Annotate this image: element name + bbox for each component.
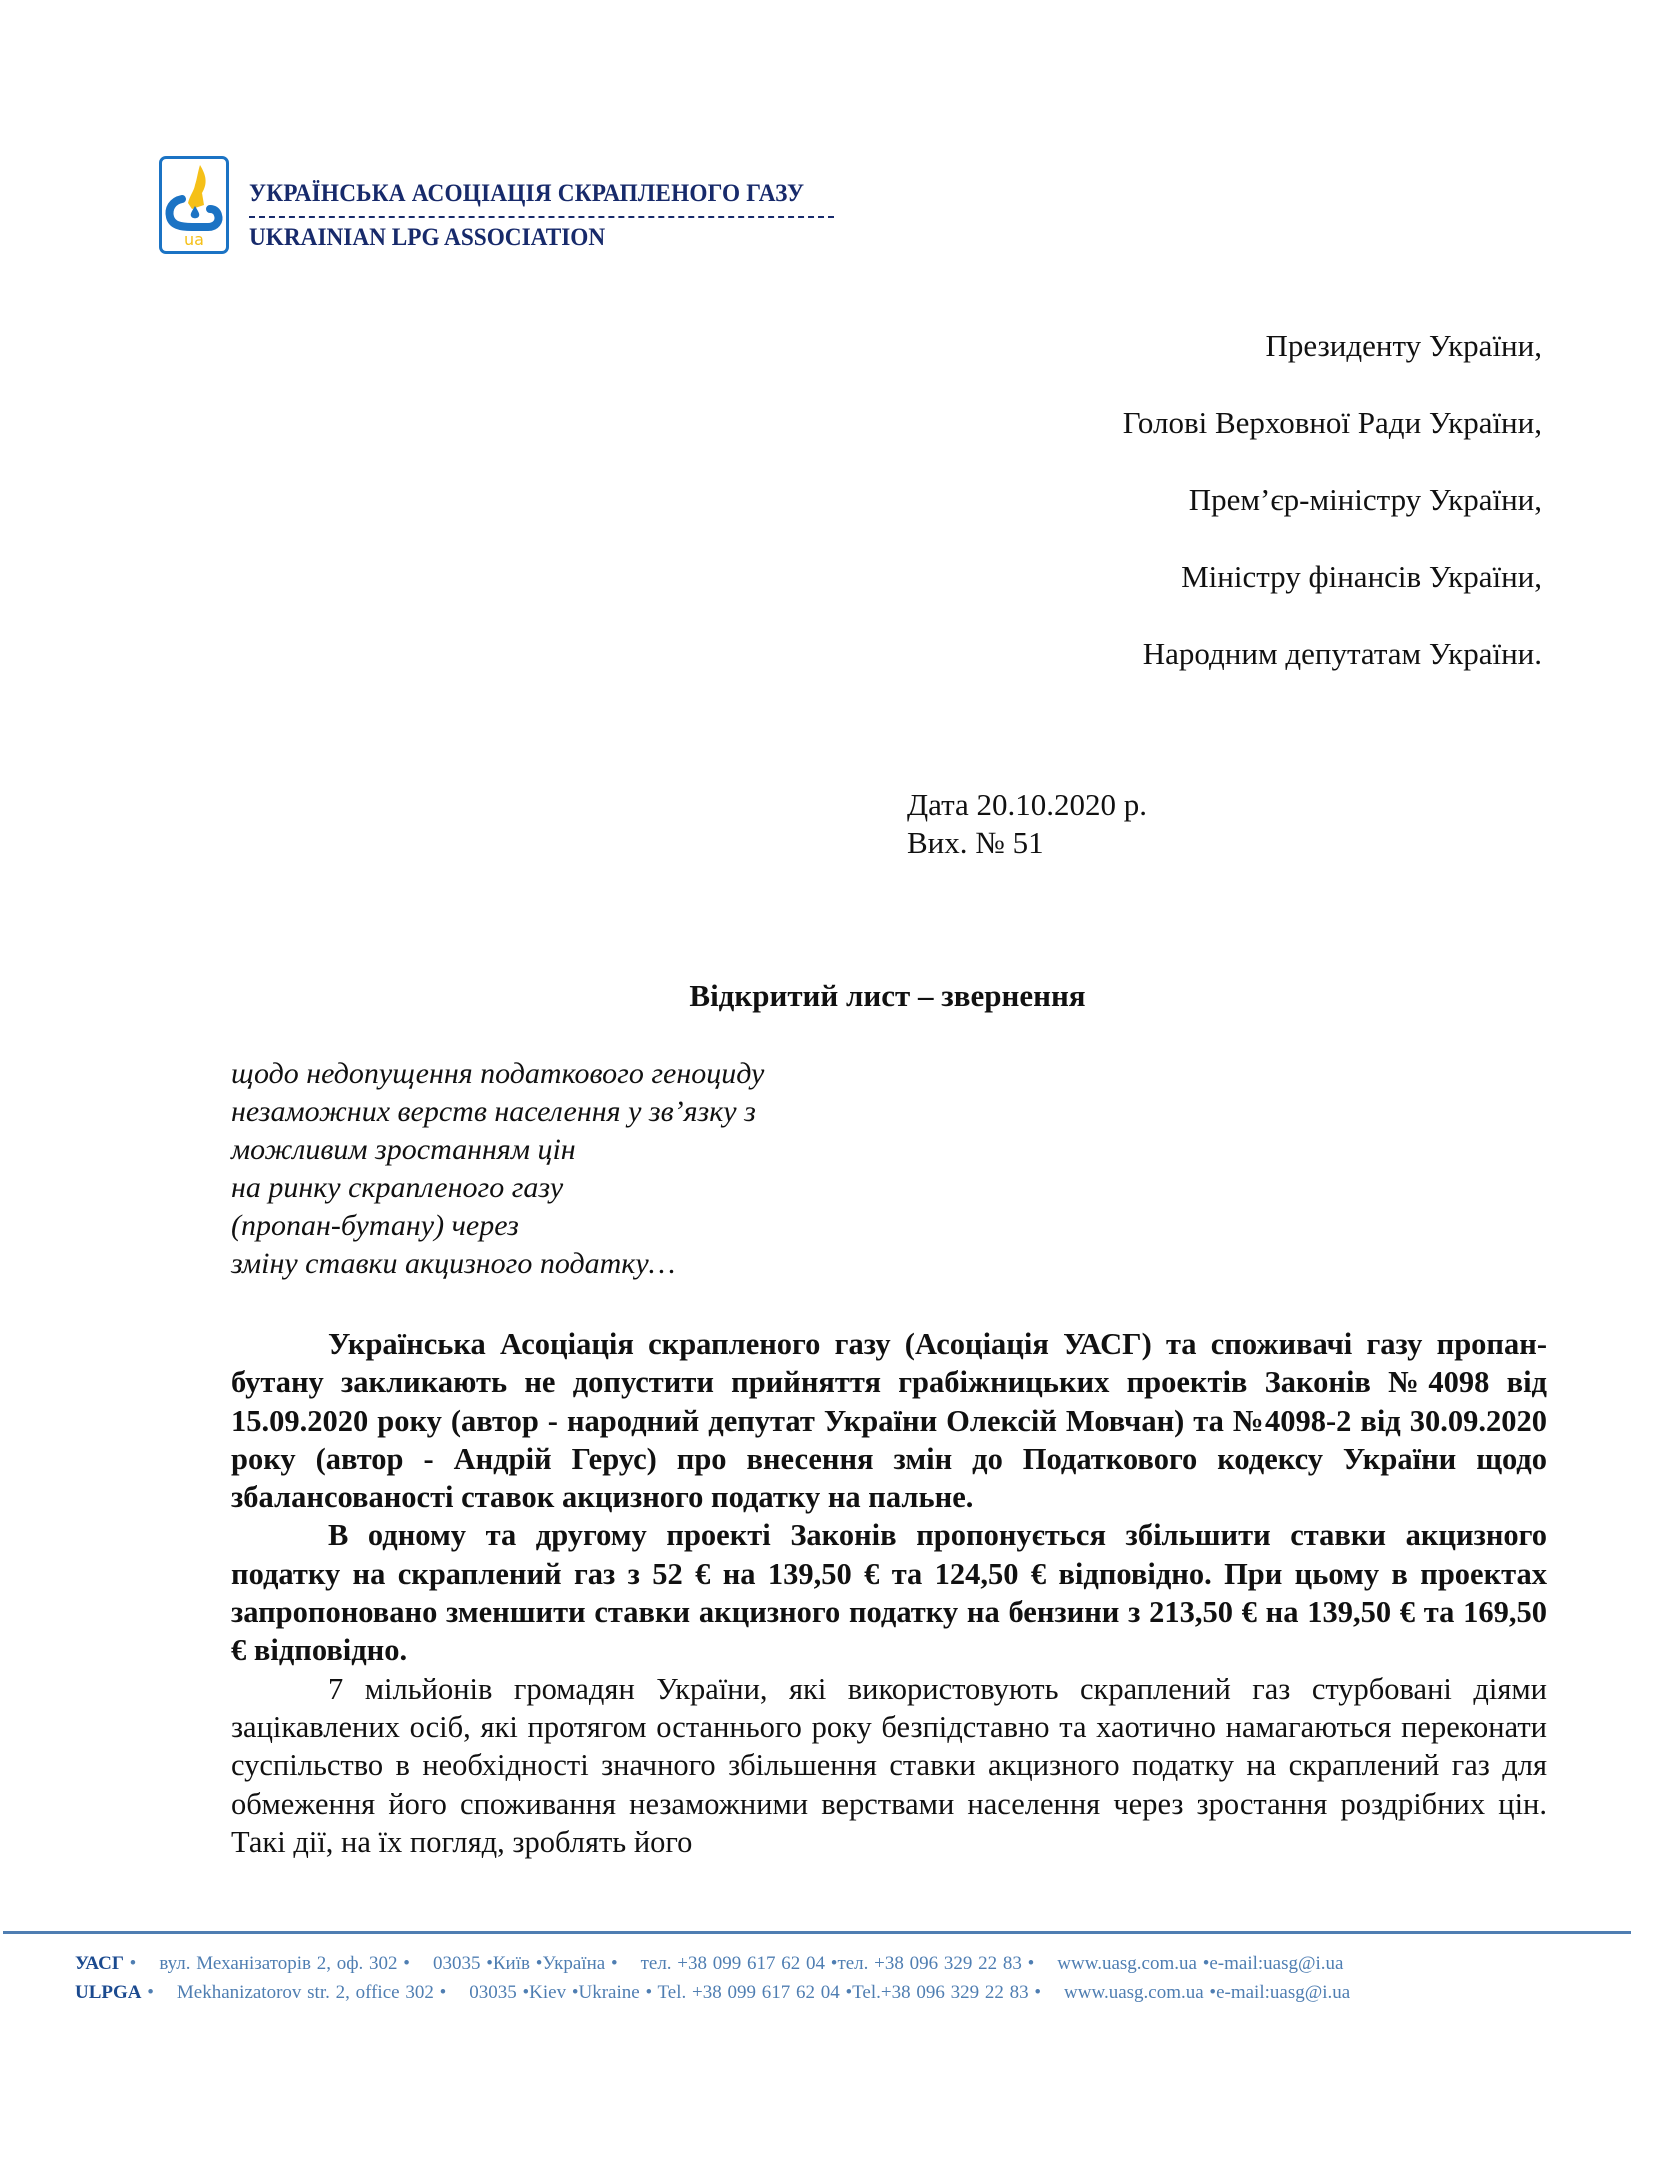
body-paragraph: Українська Асоціація скрапленого газу (А… [231, 1325, 1547, 1516]
outgoing-number: Вих. № 51 [907, 824, 1147, 862]
association-logo: ua [159, 156, 229, 254]
footer-contacts-en: ULPGA • Mekhanizatorov str. 2, office 30… [75, 1982, 1350, 2004]
body-paragraph: В одному та другому проекті Законів проп… [231, 1516, 1547, 1669]
subject-line: незаможних верств населення у зв’язку з [231, 1093, 764, 1131]
footer-phone: тел. +38 099 617 62 04 [641, 1953, 825, 1974]
addressee: Народним депутатам України. [1123, 635, 1542, 673]
letter-date: Дата 20.10.2020 р. [907, 786, 1147, 824]
footer-email-link[interactable]: e-mail:uasg@i.ua [1209, 1953, 1343, 1974]
footer-org: ULPGA [75, 1982, 142, 2003]
footer-address: вул. Механізаторів 2, оф. 302 [159, 1953, 397, 1974]
footer-website-link[interactable]: www.uasg.com.ua [1064, 1982, 1204, 2003]
addressee: Міністру фінансів України, [1123, 558, 1542, 596]
footer-country: Україна [542, 1953, 605, 1974]
footer-postcode: 03035 [469, 1982, 517, 2003]
addressee: Голові Верховної Ради України, [1123, 404, 1542, 442]
letter-meta: Дата 20.10.2020 р. Вих. № 51 [907, 786, 1147, 862]
letter-subject: щодо недопущення податкового геноциду не… [231, 1055, 764, 1283]
footer-country: Ukraine [578, 1982, 639, 2003]
footer-city: Київ [493, 1953, 530, 1974]
body-paragraph: 7 мільйонів громадян України, які викори… [231, 1670, 1547, 1861]
subject-line: можливим зростанням цін [231, 1131, 764, 1169]
footer-phone: Tel. +38 099 617 62 04 [658, 1982, 840, 2003]
footer-phone: Tel.+38 096 329 22 83 [852, 1982, 1028, 2003]
uasg-flame-drop-logo-icon: ua [162, 159, 226, 251]
footer-contacts-uk: УАСГ • вул. Механізаторів 2, оф. 302 • 0… [75, 1953, 1343, 1975]
addressee: Президенту України, [1123, 327, 1542, 365]
footer-website-link[interactable]: www.uasg.com.ua [1057, 1953, 1197, 1974]
subject-line: на ринку скрапленого газу [231, 1169, 764, 1207]
footer-address: Mekhanizatorov str. 2, office 302 [177, 1982, 434, 2003]
subject-line: зміну ставки акцизного податку… [231, 1245, 764, 1283]
footer-postcode: 03035 [433, 1953, 481, 1974]
letterhead-divider [249, 216, 834, 218]
addressee-list: Президенту України, Голові Верховної Рад… [1123, 327, 1542, 712]
svg-text:ua: ua [184, 230, 204, 249]
letter-title: Відкритий лист – звернення [0, 978, 1675, 1014]
addressee: Прем’єр-міністру України, [1123, 481, 1542, 519]
footer-city: Kiev [529, 1982, 566, 2003]
footer-email-link[interactable]: e-mail:uasg@i.ua [1216, 1982, 1350, 2003]
subject-line: щодо недопущення податкового геноциду [231, 1055, 764, 1093]
footer-phone: тел. +38 096 329 22 83 [837, 1953, 1021, 1974]
subject-line: (пропан-бутану) через [231, 1207, 764, 1245]
letter-body: Українська Асоціація скрапленого газу (А… [231, 1325, 1547, 1861]
org-name-english: UKRAINIAN LPG ASSOCIATION [249, 224, 605, 252]
footer-org: УАСГ [75, 1953, 124, 1974]
org-name-ukrainian: УКРАЇНСЬКА АСОЦІАЦІЯ СКРАПЛЕНОГО ГАЗУ [249, 180, 804, 208]
footer-divider [3, 1931, 1631, 1934]
